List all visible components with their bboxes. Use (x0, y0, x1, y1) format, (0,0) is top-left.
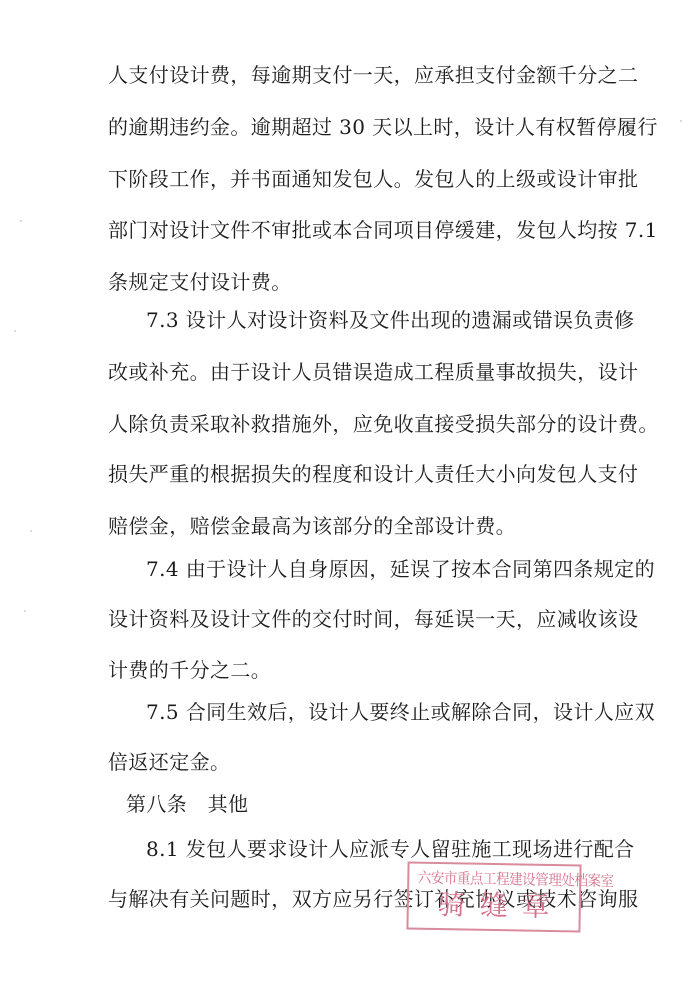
clause-line: 人除负责采取补救措施外，应免收直接受损失部分的设计费。 (108, 412, 659, 436)
scan-speck (14, 330, 16, 332)
text-line: 的逾期违约金。逾期超过 30 天以上时，设计人有权暂停履行 (108, 115, 658, 139)
document-page: 人支付设计费，每逾期支付一天，应承担支付金额千分之二 的逾期违约金。逾期超过 3… (0, 0, 700, 998)
text-line: 条规定支付设计费。 (108, 270, 292, 294)
clause-line: 计费的千分之二。 (108, 658, 271, 682)
clause-line: 改或补充。由于设计人员错误造成工程质量事故损失，设计 (108, 360, 638, 384)
text-line: 部门对设计文件不审批或本合同项目停缓建，发包人均按 7.1 (108, 218, 658, 242)
stamp-label: 骑缝章 (409, 888, 580, 925)
clause-line: 损失严重的根据损失的程度和设计人责任大小向发包人支付 (108, 462, 638, 486)
scan-speck (20, 220, 22, 222)
clause-line: 赔偿金，赔偿金最高为该部分的全部设计费。 (108, 514, 516, 538)
stamp-organization: 六安市重点工程建设管理处档案室 (418, 868, 571, 891)
clause-line: 8.1 发包人要求设计人应派专人留驻施工现场进行配合 (146, 837, 635, 861)
text-line: 下阶段工作，并书面通知发包人。发包人的上级或设计审批 (108, 167, 638, 191)
scan-speck (30, 530, 32, 532)
clause-line: 7.4 由于设计人自身原因，延误了按本合同第四条规定的 (146, 557, 655, 581)
clause-line: 设计资料及设计文件的交付时间，每延误一天，应减收该设 (108, 607, 638, 631)
clause-line: 7.5 合同生效后，设计人要终止或解除合同，设计人应双 (146, 700, 655, 724)
text-line: 人支付设计费，每逾期支付一天，应承担支付金额千分之二 (108, 63, 638, 87)
scan-speck (24, 610, 26, 612)
scan-speck (680, 120, 682, 122)
clause-line: 7.3 设计人对设计资料及文件出现的遗漏或错误负责修 (146, 308, 635, 332)
clause-line: 倍返还定金。 (108, 750, 230, 774)
seal-stamp: 六安市重点工程建设管理处档案室 骑缝章 (406, 861, 581, 932)
article-heading: 第八条 其他 (126, 792, 248, 816)
